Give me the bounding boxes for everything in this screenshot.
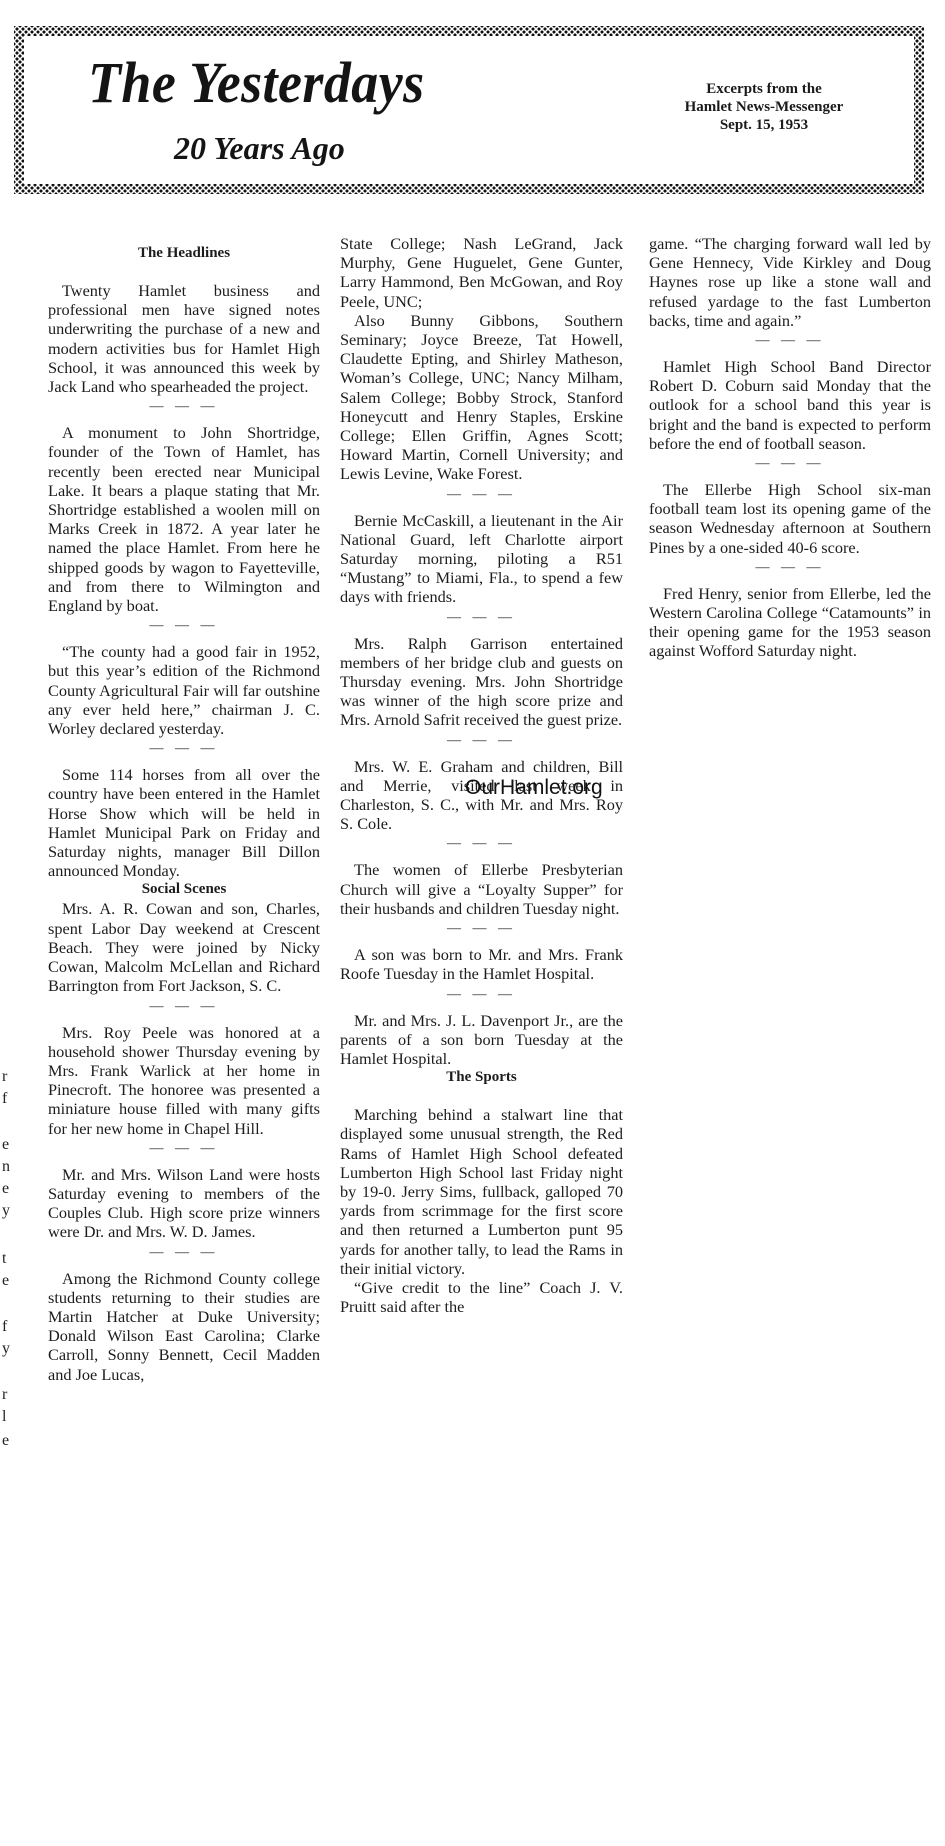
article-paragraph: Among the Richmond County college studen… [48, 1269, 320, 1384]
edge-bleed-text: r f e n e y t e f y r l e [0, 0, 14, 1846]
masthead-inner: The Yesterdays 20 Years Ago Excerpts fro… [24, 36, 914, 184]
section-heading-headlines: The Headlines [48, 244, 320, 263]
article-paragraph: Mrs. Roy Peele was honored at a househol… [48, 1023, 320, 1138]
spacer [340, 1087, 623, 1105]
column-right: game. “The charging forward wall led by … [649, 234, 931, 661]
section-heading-sports: The Sports [340, 1068, 623, 1087]
article-paragraph: The Ellerbe High School six-man football… [649, 480, 931, 557]
edge-fragment: r [2, 1068, 7, 1086]
article-paragraph: State College; Nash LeGrand, Jack Murphy… [340, 234, 623, 311]
source-credit-line-2: Hamlet News-Messenger [634, 98, 894, 116]
watermark: OurHamlet.org [465, 776, 603, 800]
separator: — — — [48, 1246, 320, 1260]
edge-fragment: n [2, 1158, 10, 1176]
edge-fragment: e [2, 1180, 9, 1198]
separator: — — — [649, 561, 931, 575]
edge-fragment: y [2, 1202, 10, 1220]
article-paragraph: A monument to John Shortridge, founder o… [48, 423, 320, 615]
source-credit-line-1: Excerpts from the [634, 80, 894, 98]
separator: — — — [649, 457, 931, 471]
column-left: The Headlines Twenty Hamlet business and… [48, 244, 320, 1384]
article-paragraph: A son was born to Mr. and Mrs. Frank Roo… [340, 945, 623, 983]
article-paragraph: “Give credit to the line” Coach J. V. Pr… [340, 1278, 623, 1316]
separator: — — — [340, 837, 623, 851]
edge-fragment: e [2, 1272, 9, 1290]
edge-fragment: t [2, 1250, 6, 1268]
separator: — — — [48, 1000, 320, 1014]
separator: — — — [48, 400, 320, 414]
article-paragraph: Mr. and Mrs. Wilson Land were hosts Satu… [48, 1165, 320, 1242]
edge-fragment: l [2, 1408, 6, 1426]
article-paragraph: Mr. and Mrs. J. L. Davenport Jr., are th… [340, 1011, 623, 1069]
edge-fragment: y [2, 1340, 10, 1358]
masthead-box: The Yesterdays 20 Years Ago Excerpts fro… [14, 26, 924, 194]
source-date: Sept. 15, 1953 [634, 116, 894, 134]
article-paragraph: Hamlet High School Band Director Robert … [649, 357, 931, 453]
edge-fragment: e [2, 1136, 9, 1154]
separator: — — — [649, 334, 931, 348]
separator: — — — [340, 988, 623, 1002]
article-paragraph: Also Bunny Gibbons, Southern Seminary; J… [340, 311, 623, 484]
article-paragraph: Marching behind a stalwart line that dis… [340, 1105, 623, 1278]
separator: — — — [340, 922, 623, 936]
source-credit: Excerpts from the Hamlet News-Messenger … [634, 80, 894, 134]
separator: — — — [340, 611, 623, 625]
edge-fragment: f [2, 1090, 7, 1108]
page-subtitle: 20 Years Ago [174, 132, 345, 164]
article-paragraph: Mrs. A. R. Cowan and son, Charles, spent… [48, 899, 320, 995]
separator: — — — [340, 488, 623, 502]
article-paragraph: “The county had a good fair in 1952, but… [48, 642, 320, 738]
section-heading-social-scenes: Social Scenes [48, 880, 320, 899]
page-title: The Yesterdays [88, 54, 425, 112]
separator: — — — [340, 734, 623, 748]
article-paragraph: Bernie McCaskill, a lieutenant in the Ai… [340, 511, 623, 607]
article-paragraph: The women of Ellerbe Presbyterian Church… [340, 860, 623, 918]
article-paragraph: Mrs. Ralph Garrison entertained members … [340, 634, 623, 730]
article-paragraph: Twenty Hamlet business and professional … [48, 281, 320, 396]
edge-fragment: f [2, 1318, 7, 1336]
separator: — — — [48, 619, 320, 633]
article-paragraph: Some 114 horses from all over the countr… [48, 765, 320, 880]
separator: — — — [48, 742, 320, 756]
separator: — — — [48, 1142, 320, 1156]
article-paragraph: game. “The charging forward wall led by … [649, 234, 931, 330]
edge-fragment: r [2, 1386, 7, 1404]
spacer [48, 263, 320, 281]
article-paragraph: Fred Henry, senior from Ellerbe, led the… [649, 584, 931, 661]
edge-fragment: e [2, 1432, 9, 1450]
